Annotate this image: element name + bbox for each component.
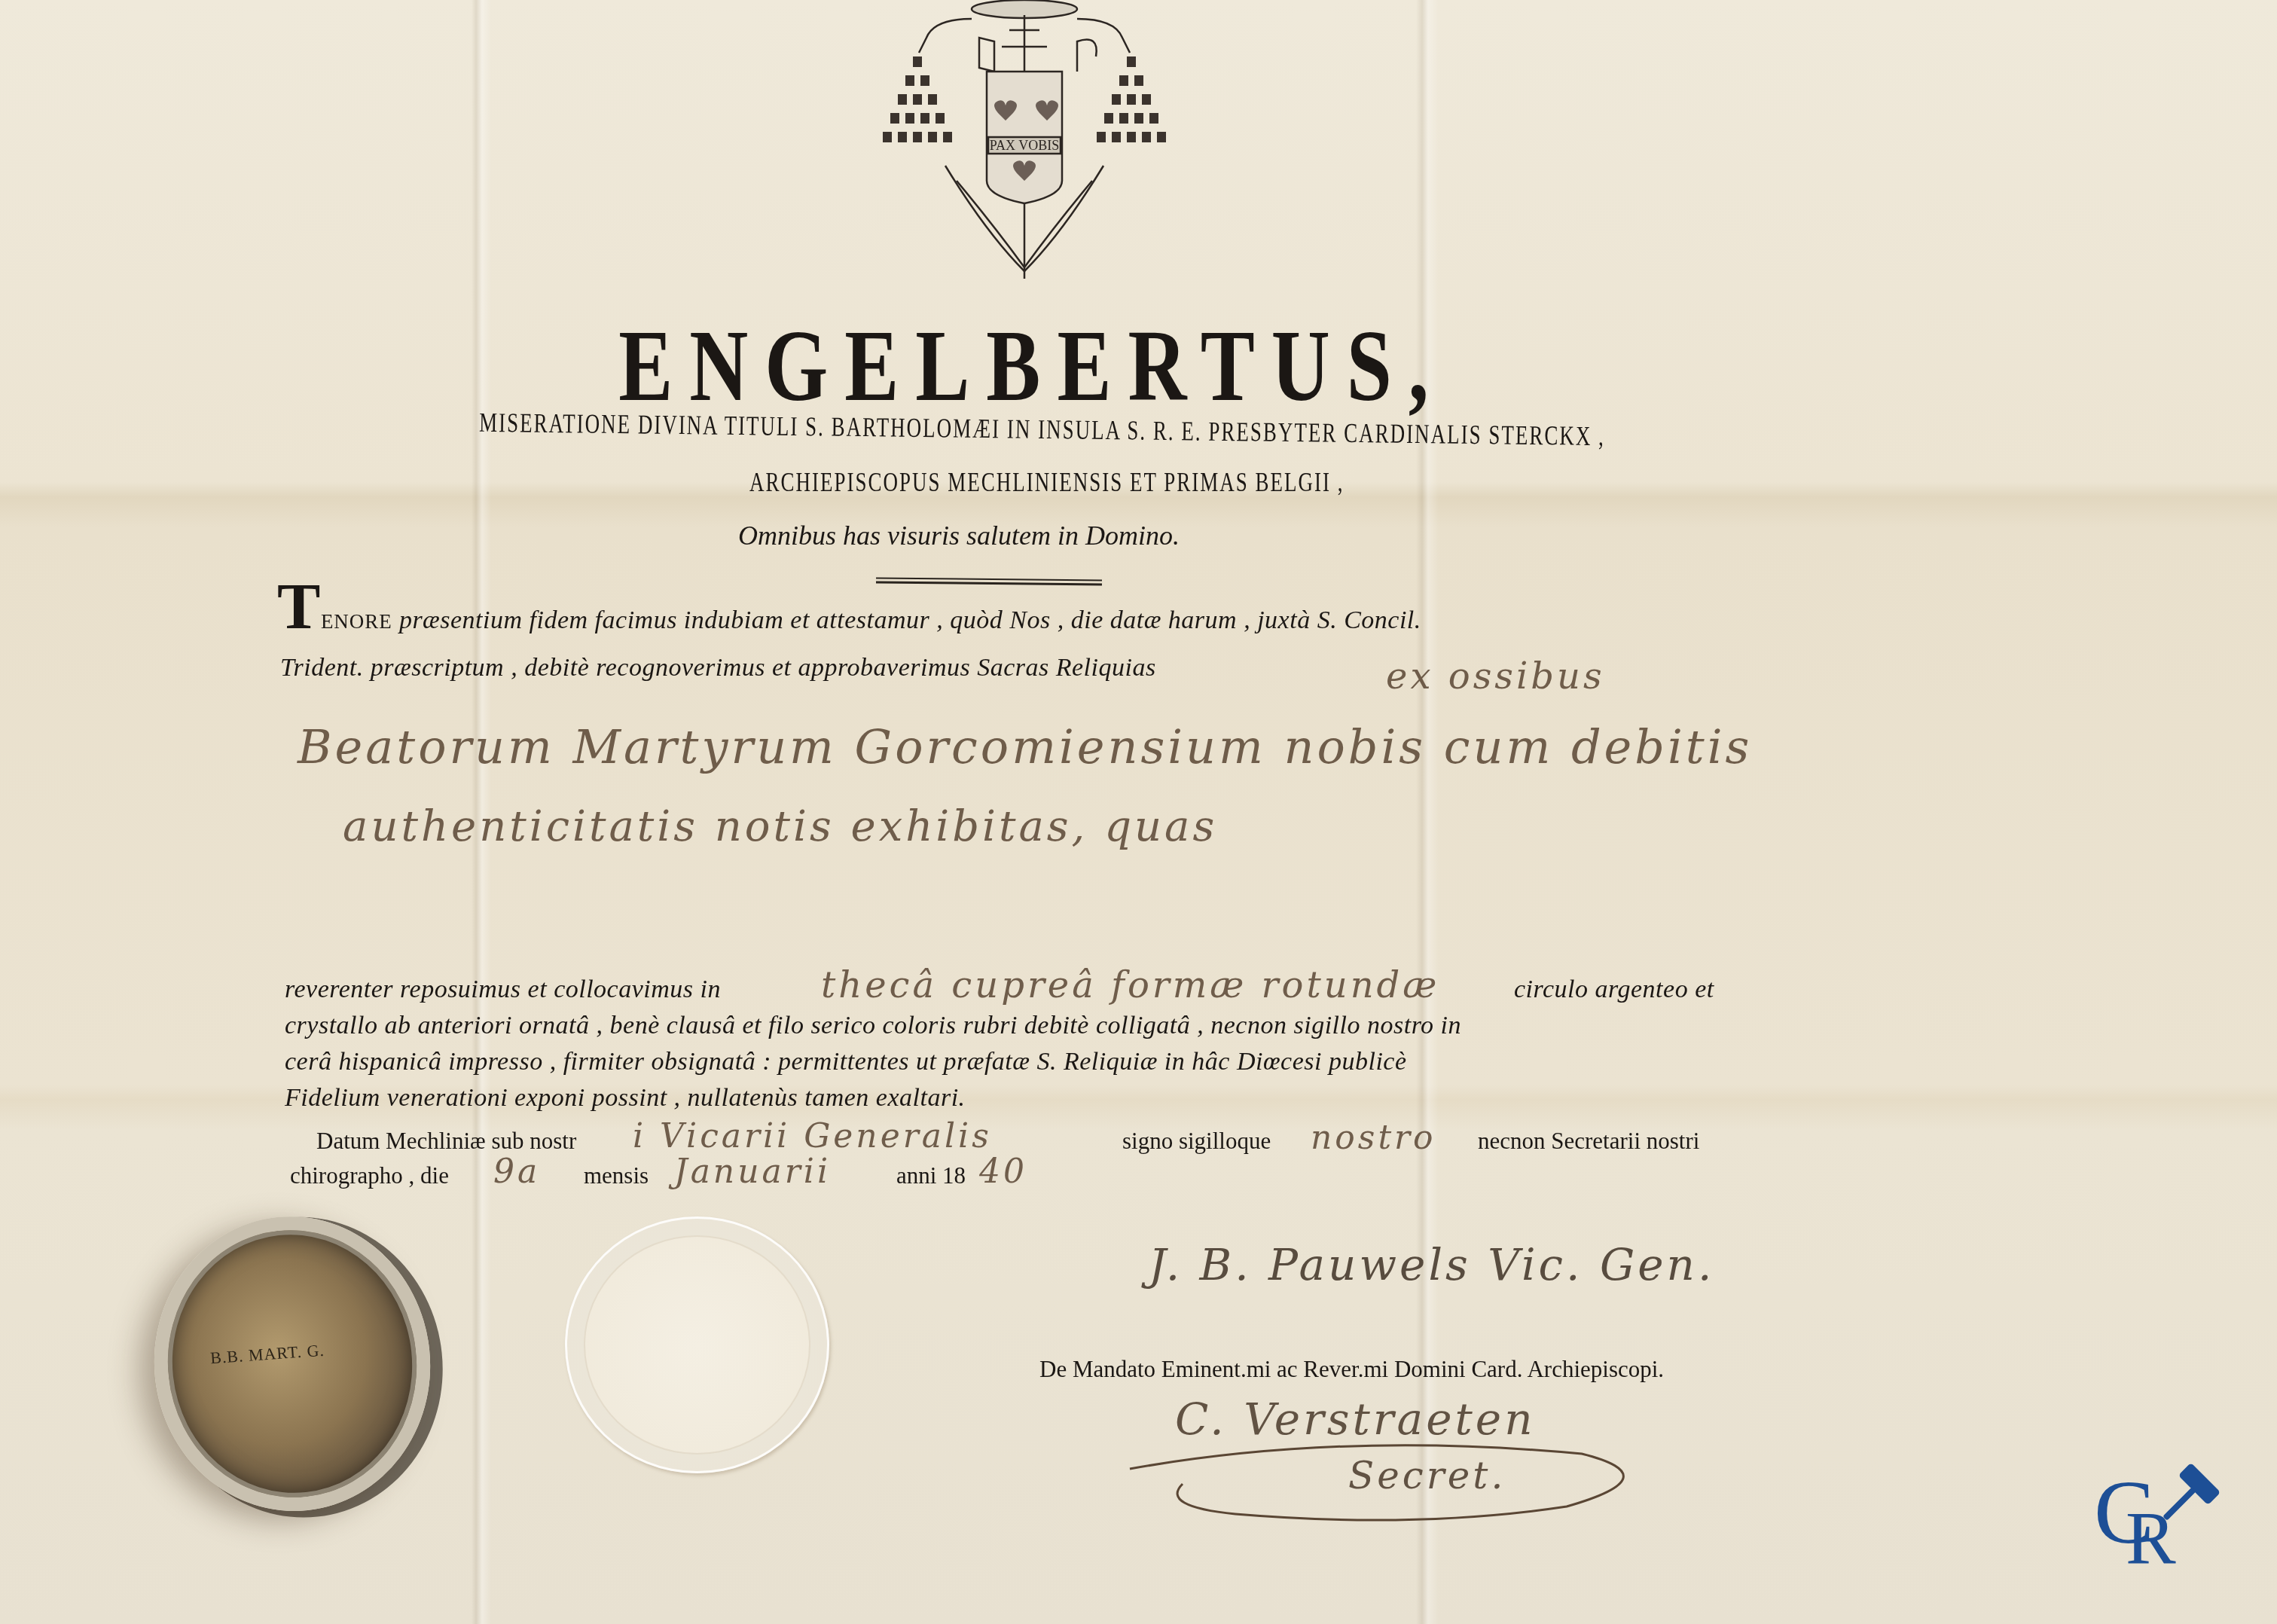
para1-line1: TENORE præsentium fidem facimus indubiam…	[277, 580, 1421, 635]
dropcap: T	[277, 570, 321, 643]
para1-line1-text: præsentium fidem facimus indubiam et att…	[392, 606, 1421, 634]
coat-of-arms-icon: PAX VOBIS	[874, 0, 1175, 286]
chiro-a: chirographo , die	[290, 1162, 449, 1189]
handwritten-ex-ossibus: ex ossibus	[1386, 655, 1605, 698]
embossed-seal	[565, 1216, 829, 1473]
para1-line2: Trident. præscriptum , debitè recognover…	[280, 654, 1156, 682]
title-line-2: ARCHIEPISCOPUS MECHLINIENSIS ET PRIMAS B…	[749, 467, 1345, 499]
para1-caps: ENORE	[321, 610, 392, 633]
handwritten-authenticitatis: authenticitatis notis exhibitas, quas	[343, 802, 1217, 851]
handwritten-vicarii: i Vicarii Generalis	[633, 1117, 992, 1155]
para2-line3: cerâ hispanicâ impresso , firmiter obsig…	[285, 1048, 1407, 1076]
mandate-line: De Mandato Eminent.mi ac Rever.mi Domini…	[1039, 1356, 1664, 1383]
para2-line1b: circulo argenteo et	[1514, 975, 1714, 1004]
handwritten-nostro: nostro	[1311, 1119, 1436, 1157]
chiro-c: anni 18	[896, 1162, 966, 1189]
para2-line4: Fidelium venerationi exponi possint , nu…	[285, 1084, 966, 1113]
signature-flourish-icon	[1115, 1401, 1672, 1529]
salutation: Omnibus has visuris salutem in Domino.	[738, 520, 1180, 551]
coat-motto: PAX VOBIS	[990, 138, 1060, 153]
gavel-icon: C R	[2086, 1454, 2237, 1567]
handwritten-year: 40	[979, 1152, 1027, 1191]
logo-letter-r: R	[2126, 1496, 2176, 1567]
datum-b: signo sigilloque	[1122, 1128, 1271, 1155]
handwritten-martyrs: Beatorum Martyrum Gorcomiensium nobis cu…	[298, 719, 1752, 774]
signature-vicar: J. B. Pauwels Vic. Gen.	[1149, 1239, 1714, 1290]
datum-a: Datum Mechliniæ sub nostr	[316, 1128, 576, 1155]
document-title: ENGELBERTUS,	[0, 309, 2064, 426]
para2-line2: crystallo ab anteriori ornatâ , benè cla…	[285, 1012, 1461, 1040]
para2-line1a: reverenter reposuimus et collocavimus in	[285, 975, 721, 1004]
handwritten-day: 9a	[493, 1152, 540, 1191]
handwritten-month: Januarii	[674, 1152, 831, 1191]
chiro-b: mensis	[584, 1162, 649, 1189]
handwritten-theca: thecâ cupreâ formæ rotundæ	[821, 964, 1439, 1006]
datum-c: necnon Secretarii nostri	[1478, 1128, 1699, 1155]
